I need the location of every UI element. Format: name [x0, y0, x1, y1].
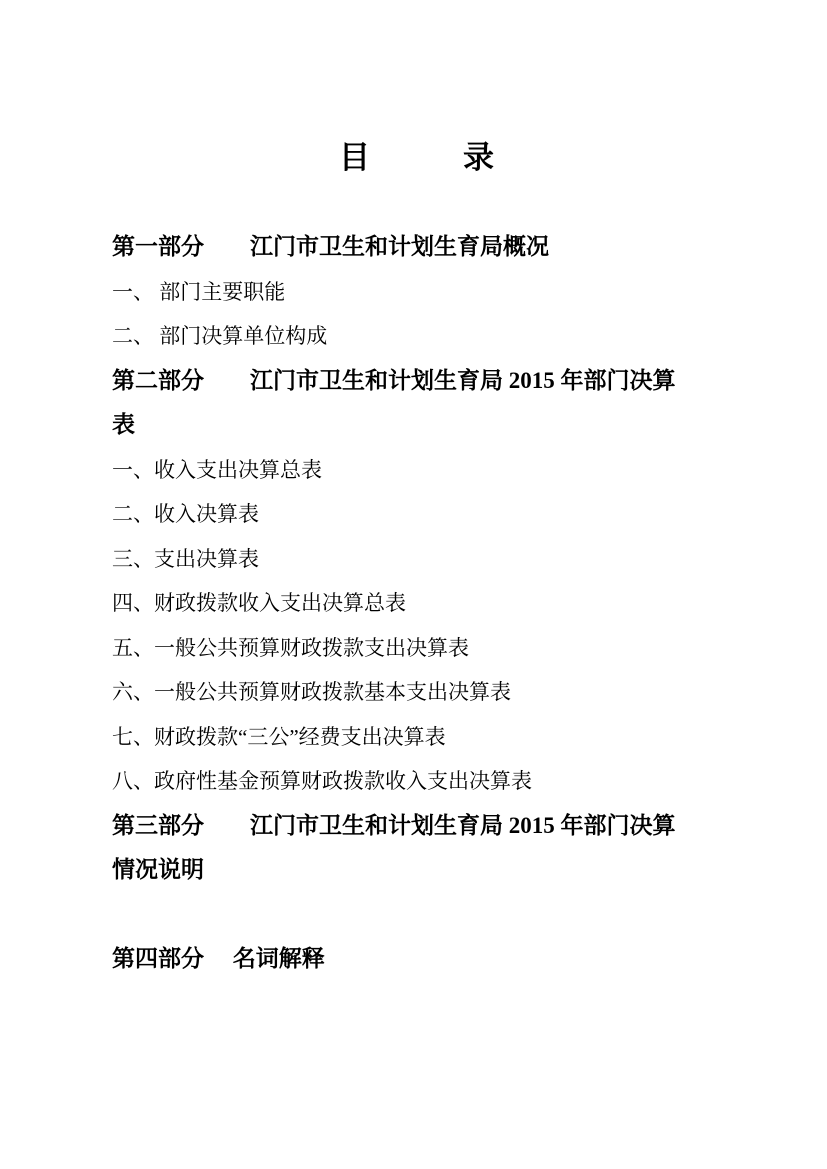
section-heading: 第一部分 江门市卫生和计划生育局概况	[112, 225, 727, 270]
section-heading: 表	[112, 403, 727, 448]
toc-item: 二、 部门决算单位构成	[112, 314, 727, 359]
toc-item: 一、 部门主要职能	[112, 270, 727, 315]
table-of-contents: 第一部分 江门市卫生和计划生育局概况一、 部门主要职能二、 部门决算单位构成第二…	[112, 225, 727, 982]
toc-item: 二、收入决算表	[112, 492, 727, 537]
section-heading: 第二部分 江门市卫生和计划生育局 2015 年部门决算	[112, 359, 727, 404]
document-page: 目 录 第一部分 江门市卫生和计划生育局概况一、 部门主要职能二、 部门决算单位…	[0, 0, 827, 1169]
toc-item: 四、财政拨款收入支出决算总表	[112, 581, 727, 626]
document-title: 目 录	[106, 136, 727, 181]
section-heading: 第四部分 名词解释	[112, 937, 727, 982]
section-heading: 第三部分 江门市卫生和计划生育局 2015 年部门决算	[112, 804, 727, 849]
toc-item: 六、一般公共预算财政拨款基本支出决算表	[112, 670, 727, 715]
blank-line	[112, 893, 727, 938]
toc-item: 一、收入支出决算总表	[112, 448, 727, 493]
toc-item: 七、财政拨款“三公”经费支出决算表	[112, 715, 727, 760]
section-heading: 情况说明	[112, 848, 727, 893]
toc-item: 八、政府性基金预算财政拨款收入支出决算表	[112, 759, 727, 804]
blank-line	[112, 181, 727, 226]
toc-item: 三、支出决算表	[112, 537, 727, 582]
toc-item: 五、一般公共预算财政拨款支出决算表	[112, 626, 727, 671]
